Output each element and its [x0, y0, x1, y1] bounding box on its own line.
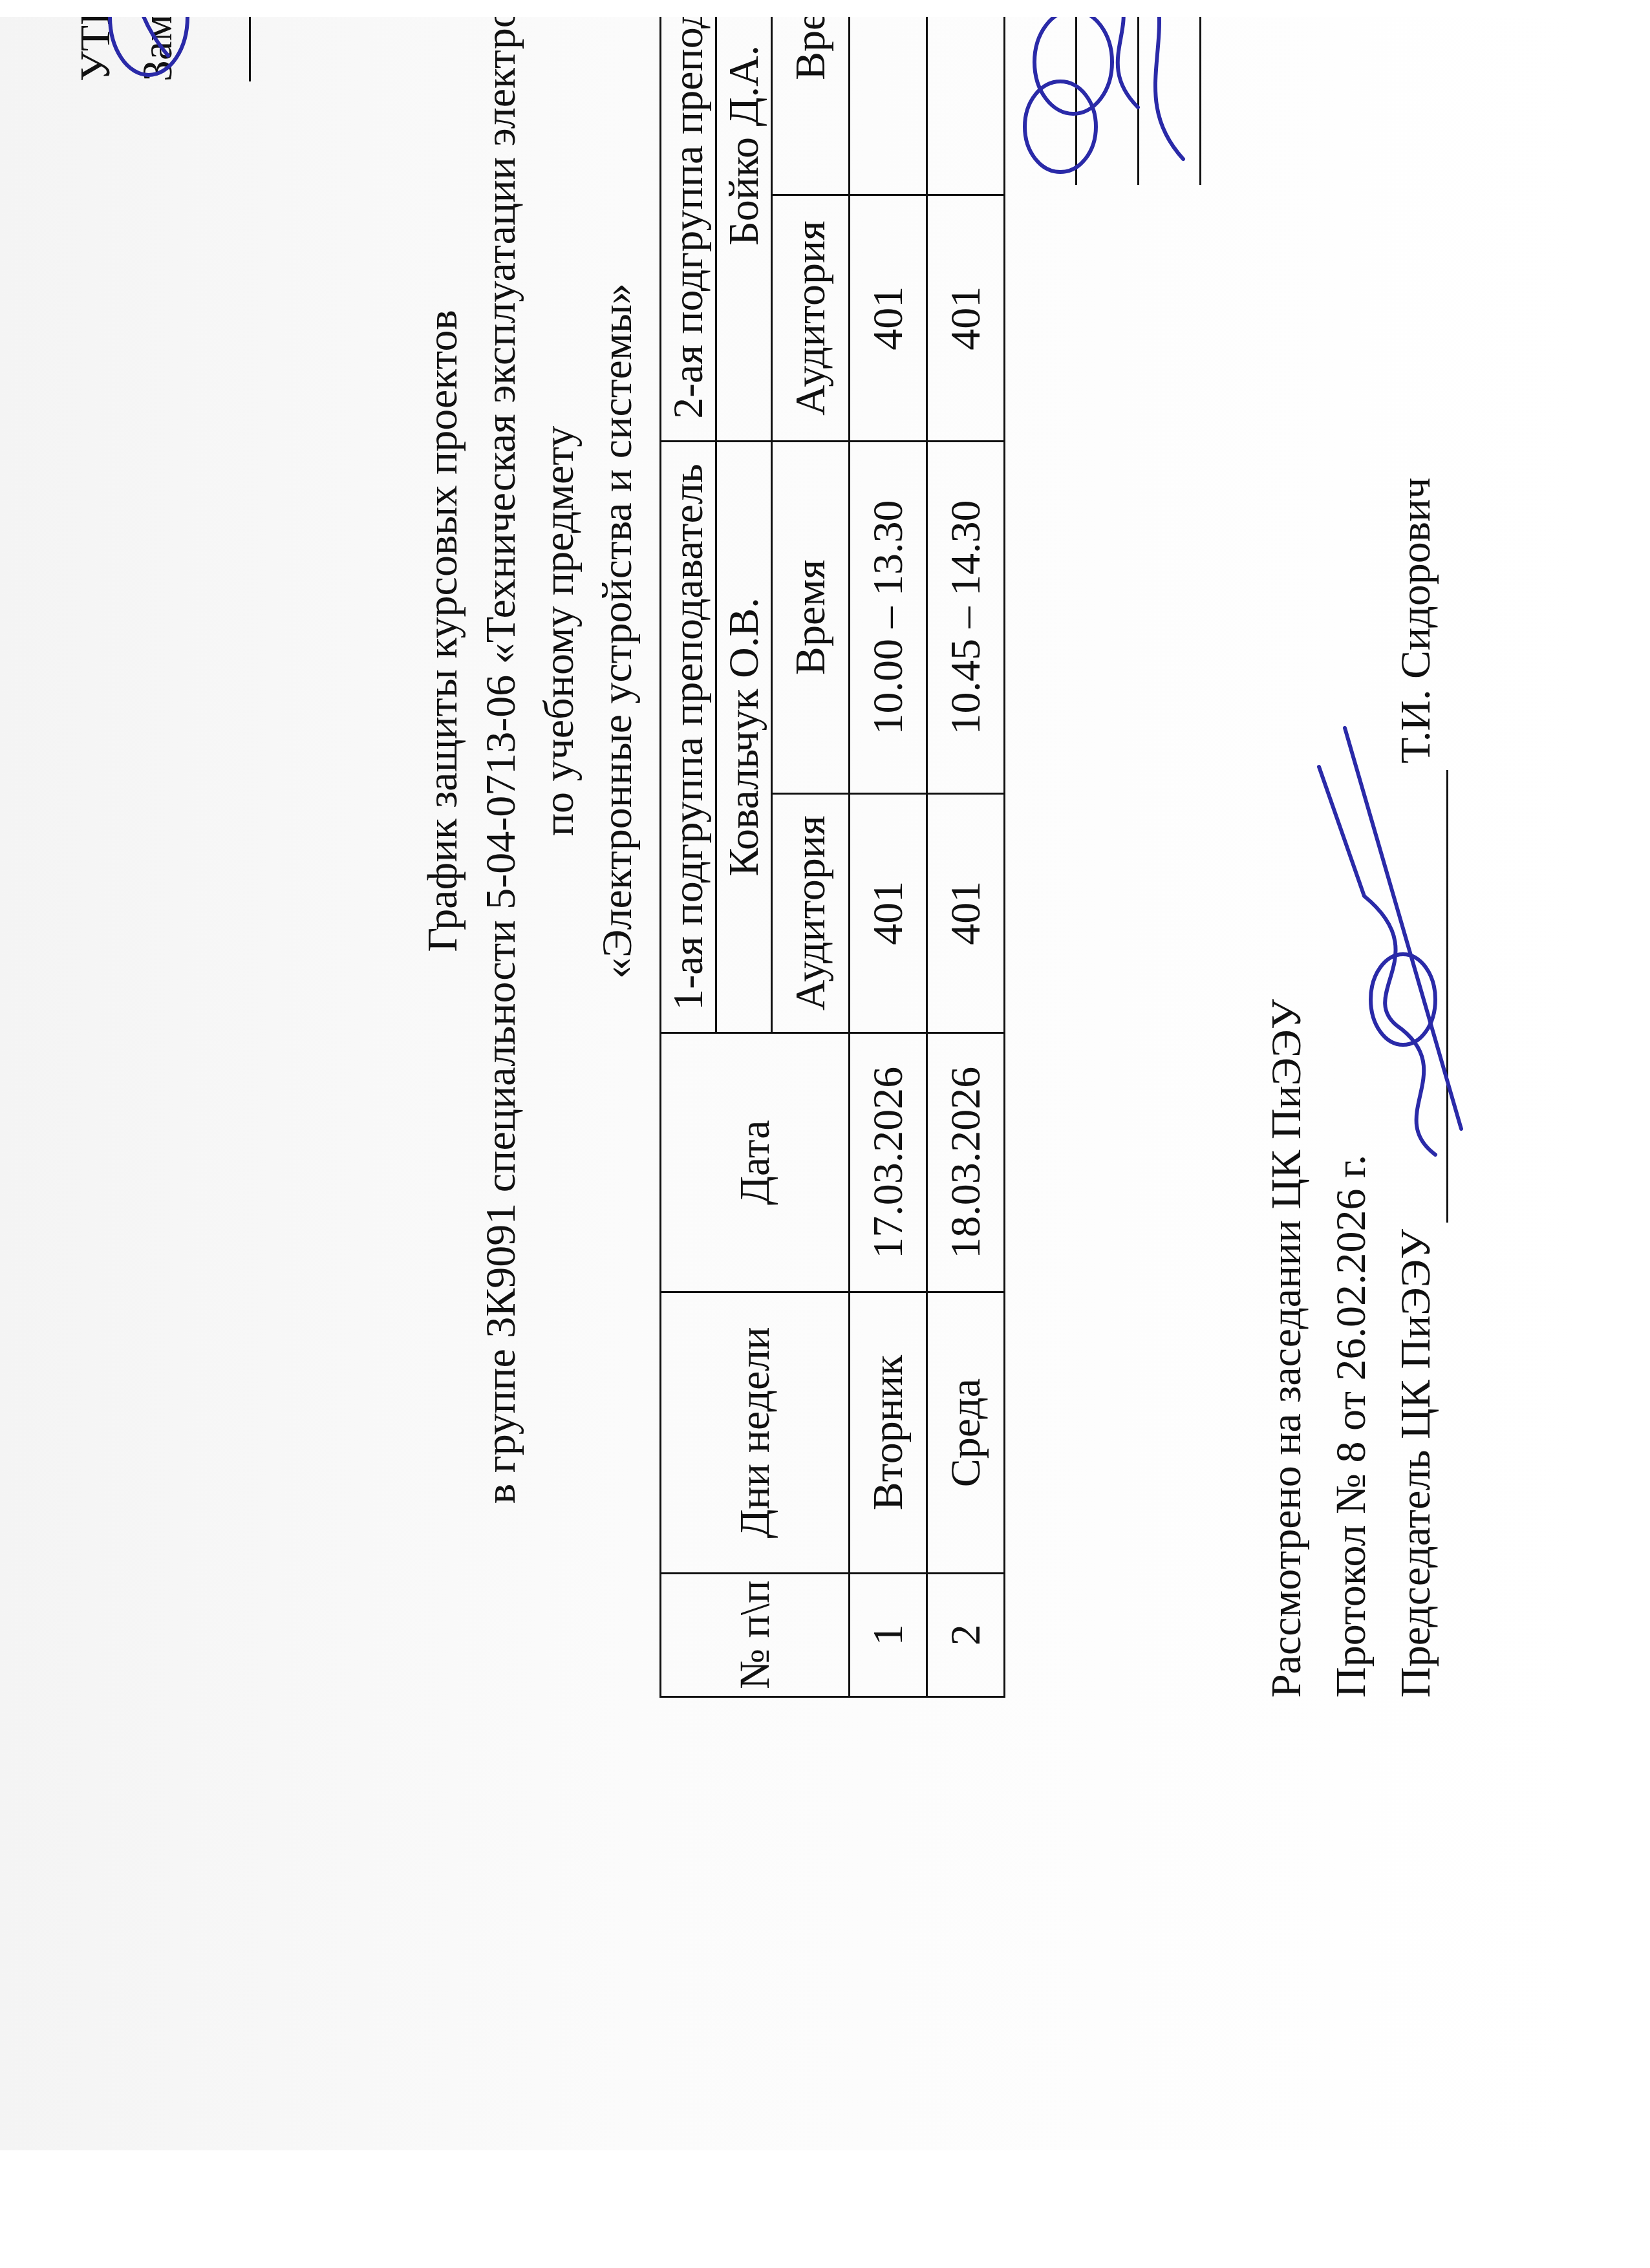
scan-margin: [0, 0, 1650, 17]
title-line-3: по учебному предмету: [530, 17, 588, 1504]
row-day: Среда: [927, 1292, 1005, 1573]
row-g2-auditorium: 401: [850, 195, 927, 442]
protocol-line-2: Протокол № 8 от 26.02.2026 г.: [1319, 534, 1384, 1698]
table-row: 1 Вторник 17.03.2026 401 10.00 – 13.30 4…: [850, 17, 927, 1697]
header-group1-teacher: Ковальчук О.В.: [716, 441, 772, 1032]
chairman-signature-line: [1408, 770, 1448, 1223]
signatory-row: О.В. Ковальчук: [1015, 17, 1077, 185]
row-g1-time: 10.45 – 14.30: [927, 441, 1005, 793]
approval-signature-row: Ф.С. Шумчик: [189, 17, 251, 81]
title-line-1: График защиты курсовых проектов: [414, 17, 472, 1504]
header-num: № п\п: [661, 1573, 850, 1696]
title-line-2: в группе 3К9091 специальности 5-04-0713-…: [472, 17, 530, 1504]
document-page: УТВЕРЖДАЮ Зам. директора по учебной рабо…: [0, 17, 1578, 2150]
signatory-row: Т.И. Сидорович: [1139, 17, 1201, 185]
approval-heading: УТВЕРЖДАЮ: [65, 17, 127, 81]
document-title: График защиты курсовых проектов в группе…: [414, 17, 647, 1504]
table-row: 2 Среда 18.03.2026 401 10.45 – 14.30 401: [927, 17, 1005, 1697]
row-date: 17.03.2026: [850, 1032, 927, 1292]
header-group2-auditorium: Аудитория: [772, 195, 850, 442]
row-g2-auditorium: 401: [927, 195, 1005, 442]
header-date: Дата: [661, 1032, 850, 1292]
schedule-table: № п\п Дни недели Дата 1-ая подгруппа пре…: [659, 17, 1005, 1698]
title-line-4: «Электронные устройства и системы»: [588, 17, 647, 1504]
row-g1-auditorium: 401: [927, 793, 1005, 1032]
header-group1-time: Время: [772, 441, 850, 793]
signature-line: [1161, 17, 1201, 185]
row-num: 1: [850, 1573, 927, 1696]
row-g2-time: [850, 17, 927, 195]
signature-line: [1036, 17, 1077, 185]
row-num: 2: [927, 1573, 1005, 1696]
chairman-label: Председатель ЦК ПиЭЭУ: [1392, 1229, 1439, 1698]
header-group2-time: Время: [772, 17, 850, 195]
protocol-block: Рассмотрено на заседании ЦК ПиЭЭУ Проток…: [1254, 534, 1448, 1698]
header-group1: 1-ая подгруппа преподаватель: [661, 441, 716, 1032]
rotated-document: УТВЕРЖДАЮ Зам. директора по учебной рабо…: [0, 17, 1578, 2150]
approval-position: Зам. директора по учебной работе: [127, 17, 189, 81]
chairman-name: Т.И. Сидорович: [1392, 477, 1439, 763]
row-g1-time: 10.00 – 13.30: [850, 441, 927, 793]
signatory-row: Д.А. Бойко: [1077, 17, 1139, 185]
protocol-chairman-row: Председатель ЦК ПиЭЭУТ.И. Сидорович: [1384, 534, 1448, 1698]
row-date: 18.03.2026: [927, 1032, 1005, 1292]
header-group2-teacher: Бойко Д.А.: [716, 17, 772, 441]
header-group2: 2-ая подгруппа преподаватель: [661, 17, 716, 441]
signature-line: [1098, 17, 1139, 185]
row-day: Вторник: [850, 1292, 927, 1573]
committee-signatures: О.В. Ковальчук Д.А. Бойко Т.И. Сидорович: [1015, 17, 1201, 185]
approval-signature-line: [210, 17, 251, 81]
protocol-line-1: Рассмотрено на заседании ЦК ПиЭЭУ: [1254, 534, 1319, 1698]
approval-block: УТВЕРЖДАЮ Зам. директора по учебной рабо…: [65, 17, 251, 81]
header-group1-auditorium: Аудитория: [772, 793, 850, 1032]
row-g1-auditorium: 401: [850, 793, 927, 1032]
row-g2-time: [927, 17, 1005, 195]
header-day: Дни недели: [661, 1292, 850, 1573]
